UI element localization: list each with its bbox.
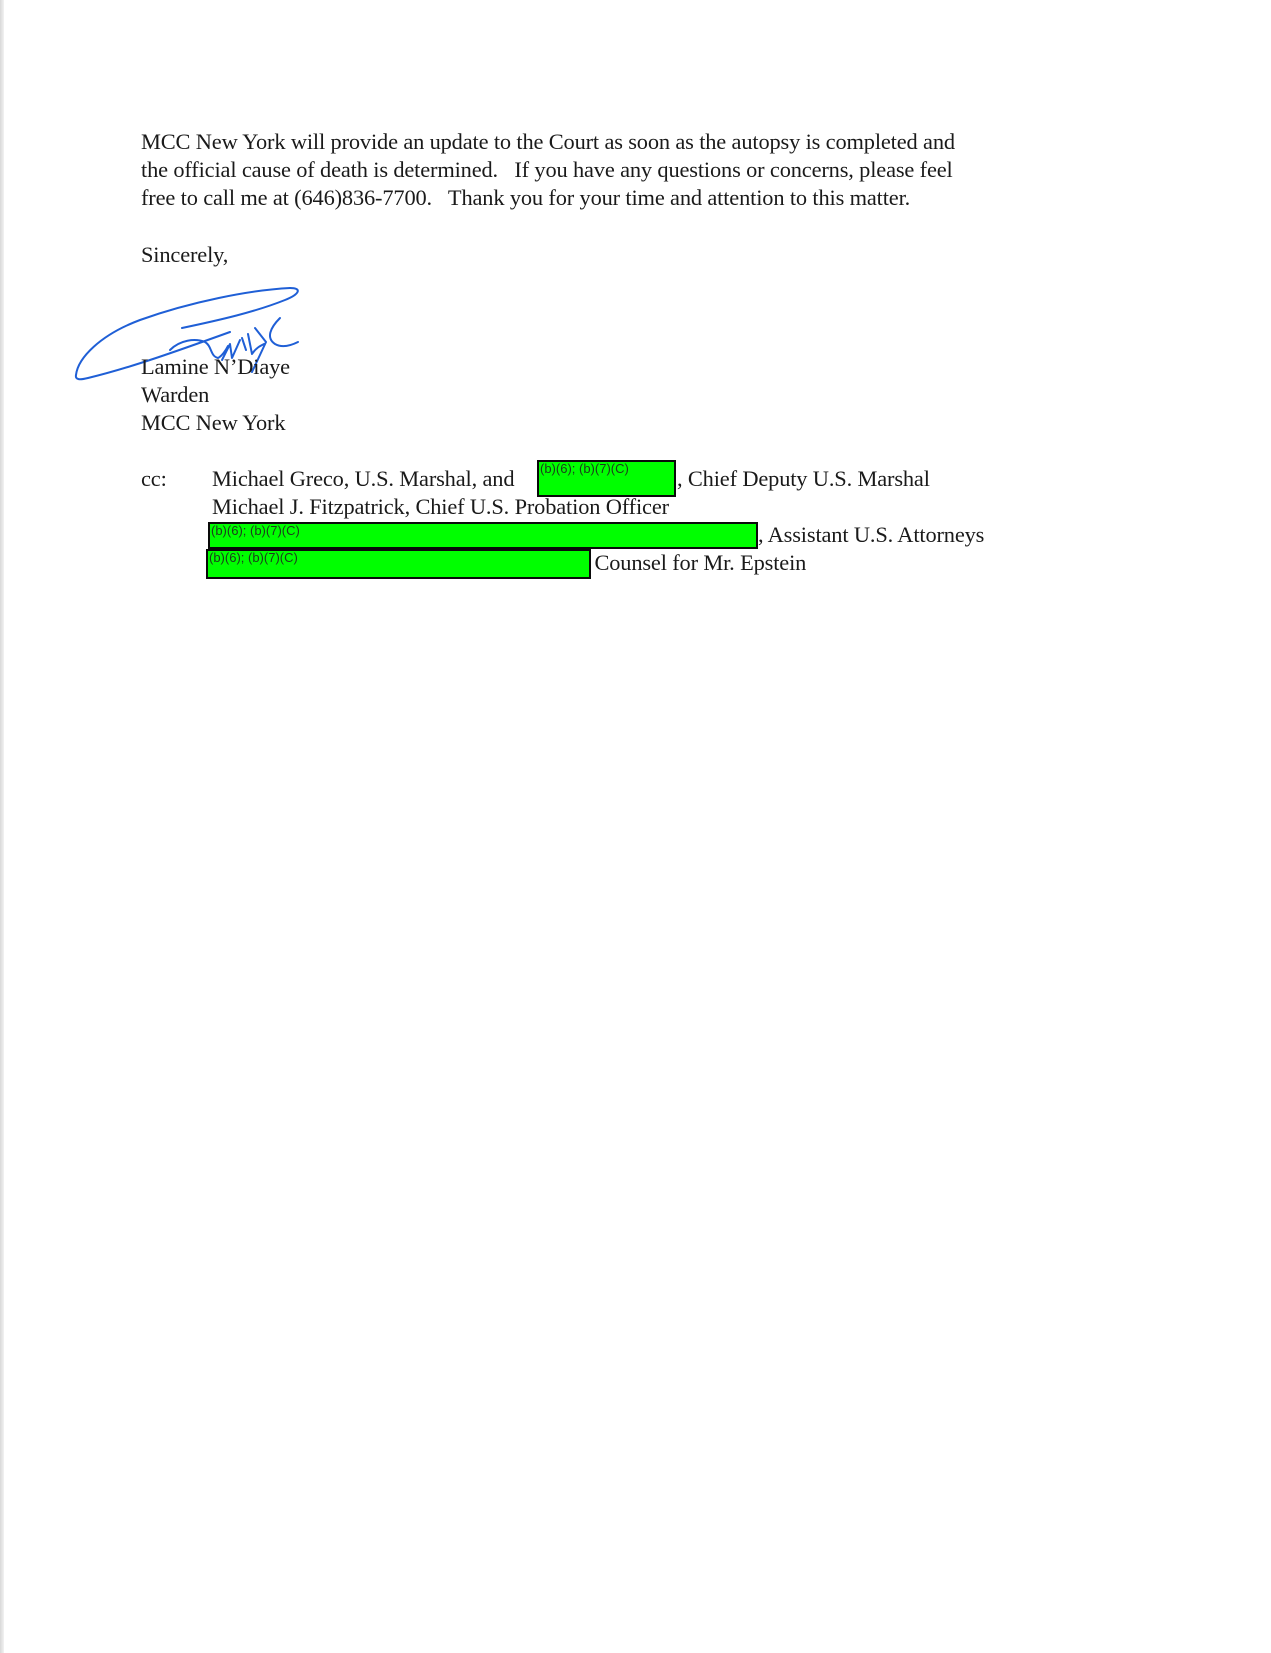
closing: Sincerely, [141,241,228,269]
redaction-box: (b)(6); (b)(7)(C) [208,522,758,549]
body-line: MCC New York will provide an update to t… [141,128,955,156]
letter-page: MCC New York will provide an update to t… [0,0,1271,1653]
cc-line-1-before: Michael Greco, U.S. Marshal, and [212,465,514,493]
signer-title: Warden [141,381,209,409]
body-line: the official cause of death is determine… [141,156,953,184]
cc-line-3-after: , Assistant U.S. Attorneys [758,521,984,549]
redaction-box: (b)(6); (b)(7)(C) [206,549,591,579]
signer-name: Lamine N’Diaye [141,353,290,381]
cc-line-4-after: Counsel for Mr. Epstein [589,549,806,577]
cc-line-1-after: , Chief Deputy U.S. Marshal [677,465,930,493]
body-line: free to call me at (646)836-7700. Thank … [141,184,910,212]
redaction-box: (b)(6); (b)(7)(C) [537,460,676,497]
signer-institution: MCC New York [141,409,285,437]
cc-label: cc: [141,465,167,493]
cc-line-2: Michael J. Fitzpatrick, Chief U.S. Proba… [212,493,669,521]
